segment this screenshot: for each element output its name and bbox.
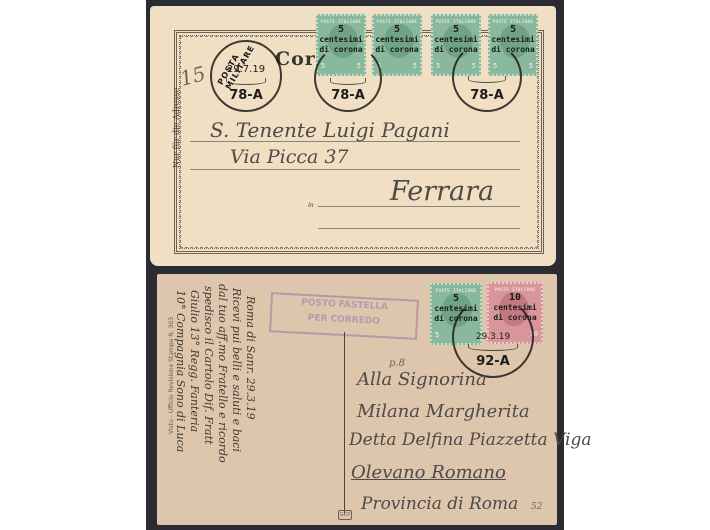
address-side-label: Nur für die Adresse — [172, 88, 181, 168]
message-line: Ricevi pui belli e saluti e baci — [230, 288, 243, 452]
postmark: 29.3.19 92-A — [452, 296, 534, 378]
message-line: Roma di Sanr. 29.3.19 — [244, 296, 257, 420]
address-line-3: Detta Delfina Piazzetta Viga — [349, 430, 591, 450]
card-divider-line — [344, 332, 345, 514]
address-line — [318, 228, 520, 229]
message-line: 10° Compagnia Sono di Luca — [174, 290, 187, 452]
address-line-2: Milana Margherita — [357, 401, 530, 422]
corner-note: 52 — [531, 502, 542, 512]
message-line: dal tuo aff.mo Fratello e ricordo — [216, 284, 229, 463]
address-line — [190, 169, 520, 170]
address-line-5: Provincia di Roma — [361, 494, 518, 514]
postmark-posta-militare: POSTA MILITARE 29.7.19 78-A — [210, 40, 282, 112]
address-line-1: Alla Signorina — [357, 369, 487, 390]
postcard-bottom: Visto - Ufficio Revisione Stampa N. 303 … — [157, 274, 557, 525]
postmark: 78-A — [452, 42, 522, 112]
in-label: in — [308, 201, 313, 209]
postcard-top: Corr Nur für die Adresse 15 in S. Tenent… — [150, 6, 556, 266]
publisher-logo: GCP — [338, 510, 352, 520]
address-city: Ferrara — [390, 176, 494, 207]
address-street: Via Picca 37 — [230, 146, 349, 168]
address-recipient: S. Tenente Luigi Pagani — [210, 118, 450, 142]
postmark: 78-A — [314, 44, 382, 112]
message-line: spedisco il Cartolo Dif. Fratt — [202, 286, 215, 444]
pencil-note: p.8 — [389, 358, 405, 369]
address-line-4: Olevano Romano — [351, 462, 506, 483]
message-line: Giulio 13° Regg. Fanteria — [188, 290, 201, 432]
